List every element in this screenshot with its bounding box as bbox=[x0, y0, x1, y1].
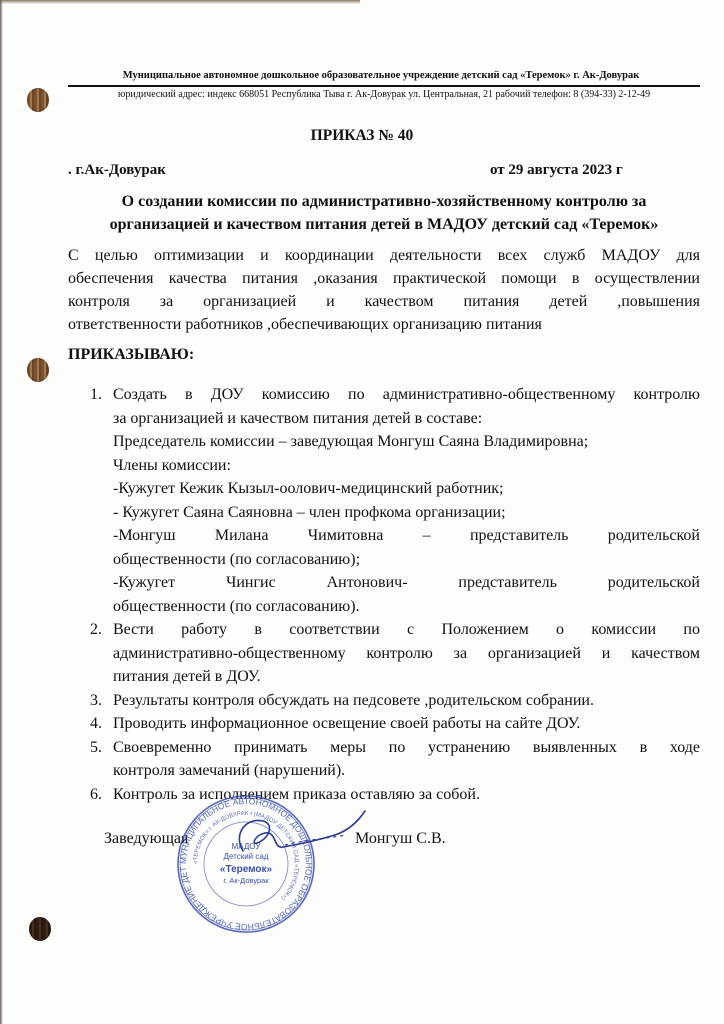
item-line: Результаты контроля обсуждать на педсове… bbox=[113, 689, 700, 713]
binder-hole-icon bbox=[27, 358, 49, 382]
item-line: Создать в ДОУ комиссию по административн… bbox=[113, 383, 700, 407]
item-number: 1. bbox=[90, 383, 102, 407]
scan-edge-shadow bbox=[0, 0, 360, 4]
stamp-center-line: г. Ак-Довурак bbox=[223, 876, 269, 885]
order-items-list: 1. Создать в ДОУ комиссию по администрат… bbox=[90, 383, 700, 806]
preamble: С целью оптимизации и координации деятел… bbox=[68, 244, 700, 336]
stamp-center-line: «Теремок» bbox=[220, 864, 273, 875]
subject-line: организацией и качеством питания детей в… bbox=[66, 213, 702, 236]
item-line: за организацией и качеством питания дете… bbox=[113, 407, 700, 431]
order-subject: О создании комиссии по административно-х… bbox=[66, 190, 702, 236]
header-divider bbox=[68, 85, 700, 87]
order-item-5: 5. Своевременно принимать меры по устран… bbox=[90, 736, 700, 783]
order-item-1: 1. Создать в ДОУ комиссию по администрат… bbox=[90, 383, 700, 618]
item-number: 5. bbox=[90, 736, 102, 760]
item-line: Председатель комиссии – заведующая Монгу… bbox=[113, 430, 700, 454]
item-line: общественности (по согласованию); bbox=[113, 548, 700, 572]
item-line: общественности (по согласованию). bbox=[113, 595, 700, 619]
item-line: Своевременно принимать меры по устранени… bbox=[113, 736, 700, 760]
order-date: от 29 августа 2023 г bbox=[490, 162, 623, 179]
document-page: Муниципальное автономное дошкольное обра… bbox=[0, 0, 724, 1024]
item-number: 6. bbox=[90, 783, 102, 807]
organization-name: Муниципальное автономное дошкольное обра… bbox=[66, 70, 696, 81]
binder-hole-icon bbox=[27, 88, 49, 112]
item-line: - Кужугет Саяна Саяновна – член профкома… bbox=[113, 501, 700, 525]
preamble-line: обеспечения качества питания ,оказания п… bbox=[68, 267, 700, 290]
item-line: административно-общественному контролю з… bbox=[113, 642, 700, 666]
item-line: -Монгуш Милана Чимитовна – представитель… bbox=[113, 524, 700, 548]
order-title: ПРИКАЗ № 40 bbox=[0, 127, 724, 145]
preamble-line: контроля за организацией и качеством пит… bbox=[68, 290, 700, 313]
item-number: 3. bbox=[90, 689, 102, 713]
order-item-3: 3. Результаты контроля обсуждать на педс… bbox=[90, 689, 700, 713]
subject-line: О создании комиссии по административно-х… bbox=[66, 190, 702, 213]
binder-hole-icon bbox=[29, 917, 51, 941]
order-place: . г.Ак-Довурак bbox=[68, 162, 166, 179]
order-item-2: 2. Вести работу в соответствии с Положен… bbox=[90, 618, 700, 689]
item-line: питания детей в ДОУ. bbox=[113, 665, 700, 689]
handwritten-signature-icon bbox=[225, 805, 375, 865]
item-line: Вести работу в соответствии с Положением… bbox=[113, 618, 700, 642]
item-line: контроля замечаний (нарушений). bbox=[113, 759, 700, 783]
item-number: 2. bbox=[90, 618, 102, 642]
scan-left-edge bbox=[0, 0, 3, 1024]
item-line: Члены комиссии: bbox=[113, 454, 700, 478]
organization-address: юридический адрес: индекс 668051 Республ… bbox=[66, 89, 702, 100]
preamble-line: С целью оптимизации и координации деятел… bbox=[68, 244, 700, 267]
order-item-4: 4. Проводить информационное освещение св… bbox=[90, 712, 700, 736]
decree-label: ПРИКАЗЫВАЮ: bbox=[68, 346, 194, 364]
item-line: -Кужугет Кежик Кызыл-оолович-медицинский… bbox=[113, 477, 700, 501]
item-line: Проводить информационное освещение своей… bbox=[113, 712, 700, 736]
item-number: 4. bbox=[90, 712, 102, 736]
item-line: -Кужугет Чингис Антонович- представитель… bbox=[113, 571, 700, 595]
preamble-line: ответственности работников ,обеспечивающ… bbox=[68, 313, 700, 336]
